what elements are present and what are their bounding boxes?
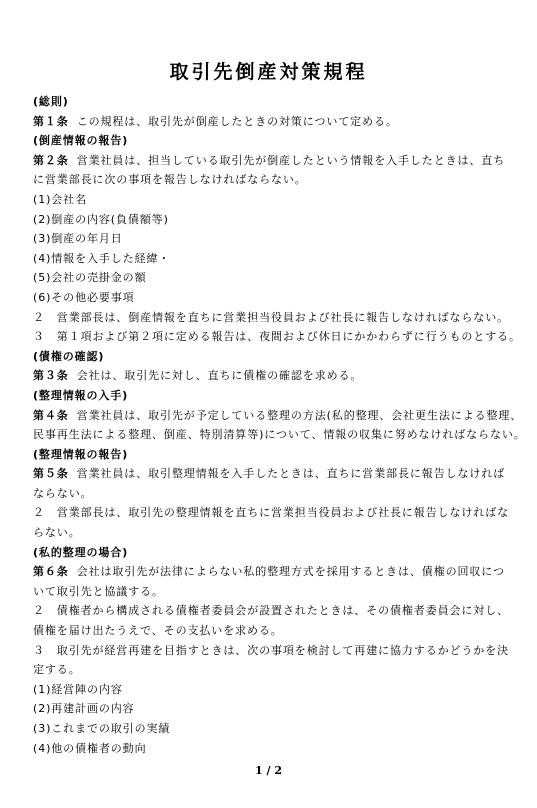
body-text-line: ならない。 — [33, 484, 513, 504]
body-text-line: (4)他の債権者の動向 — [33, 739, 513, 759]
article-number: 第１条 — [33, 115, 69, 128]
section-heading: (債権の確認) — [33, 347, 513, 367]
document-title: 取引先倒産対策規程 — [0, 58, 537, 86]
section-heading: (整理情報の入手) — [33, 386, 513, 406]
body-text-line: (6)その他必要事項 — [33, 288, 513, 308]
body-text-line: に営業部長に次の事項を報告しなければならない。 — [33, 170, 513, 190]
article-line: 第５条営業社員は、取引整理情報を入手したときは、直ちに営業部長に報告しなければ — [33, 464, 513, 484]
article-line: 第６条会社は取引先が法律によらない私的整理方式を採用するときは、債権の回収につ — [33, 562, 513, 582]
body-text-line: (2)再建計画の内容 — [33, 699, 513, 719]
section-heading: (整理情報の報告) — [33, 445, 513, 465]
body-text-line: いて取引先と協議する。 — [33, 582, 513, 602]
article-text: 営業社員は、取引先が予定している整理の方法(私的整理、会社更生法による整理、 — [77, 409, 523, 422]
body-text-line: (1)会社名 — [33, 190, 513, 210]
body-text-line: (1)経営陣の内容 — [33, 680, 513, 700]
body-text-line: らない。 — [33, 523, 513, 543]
body-text-line: (2)倒産の内容(負債額等) — [33, 210, 513, 230]
body-text-line: 定する。 — [33, 660, 513, 680]
article-text: この規程は、取引先が倒産したときの対策について定める。 — [77, 115, 398, 128]
article-line: 第２条営業社員は、担当している取引先が倒産したという情報を入手したときは、直ち — [33, 151, 513, 171]
article-line: 第４条営業社員は、取引先が予定している整理の方法(私的整理、会社更生法による整理… — [33, 406, 513, 426]
document-body: (総則)第１条この規程は、取引先が倒産したときの対策について定める。(倒産情報の… — [33, 92, 513, 758]
article-line: 第３条会社は、取引先に対し、直ちに債権の確認を求める。 — [33, 366, 513, 386]
article-text: 会社は取引先が法律によらない私的整理方式を採用するときは、債権の回収につ — [77, 565, 505, 578]
section-heading: (私的整理の場合) — [33, 543, 513, 563]
page-indicator: 1 / 2 — [0, 764, 537, 777]
body-text-line: (3)これまでの取引の実績 — [33, 719, 513, 739]
body-text-line: 債権を届け出たうえで、その支払いを求める。 — [33, 621, 513, 641]
body-text-line: ２ 債権者から構成される債権者委員会が設置されたときは、その債権者委員会に対し、 — [33, 601, 513, 621]
article-number: 第３条 — [33, 369, 69, 382]
article-number: 第５条 — [33, 467, 69, 480]
article-text: 営業社員は、取引整理情報を入手したときは、直ちに営業部長に報告しなければ — [77, 467, 505, 480]
body-text-line: (4)情報を入手した経緯・ — [33, 249, 513, 269]
article-text: 営業社員は、担当している取引先が倒産したという情報を入手したときは、直ち — [77, 154, 505, 167]
body-text-line: 民事再生法による整理、倒産、特別清算等)について、情報の収集に努めなければならな… — [33, 425, 513, 445]
section-heading: (倒産情報の報告) — [33, 131, 513, 151]
body-text-line: (5)会社の売掛金の額 — [33, 268, 513, 288]
body-text-line: ３ 取引先が経営再建を目指すときは、次の事項を検討して再建に協力するかどうかを決 — [33, 641, 513, 661]
body-text-line: (3)倒産の年月日 — [33, 229, 513, 249]
body-text-line: ２ 営業部長は、取引先の整理情報を直ちに営業担当役員および社長に報告しなければな — [33, 503, 513, 523]
article-number: 第４条 — [33, 409, 69, 422]
document-page: 取引先倒産対策規程 (総則)第１条この規程は、取引先が倒産したときの対策について… — [0, 0, 537, 808]
article-line: 第１条この規程は、取引先が倒産したときの対策について定める。 — [33, 112, 513, 132]
article-text: 会社は、取引先に対し、直ちに債権の確認を求める。 — [77, 369, 363, 382]
section-heading: (総則) — [33, 92, 513, 112]
article-number: 第２条 — [33, 154, 69, 167]
body-text-line: ２ 営業部長は、倒産情報を直ちに営業担当役員および社長に報告しなければならない。 — [33, 308, 513, 328]
body-text-line: ３ 第１項および第２項に定める報告は、夜間および休日にかかわらずに行うものとする… — [33, 327, 513, 347]
article-number: 第６条 — [33, 565, 69, 578]
